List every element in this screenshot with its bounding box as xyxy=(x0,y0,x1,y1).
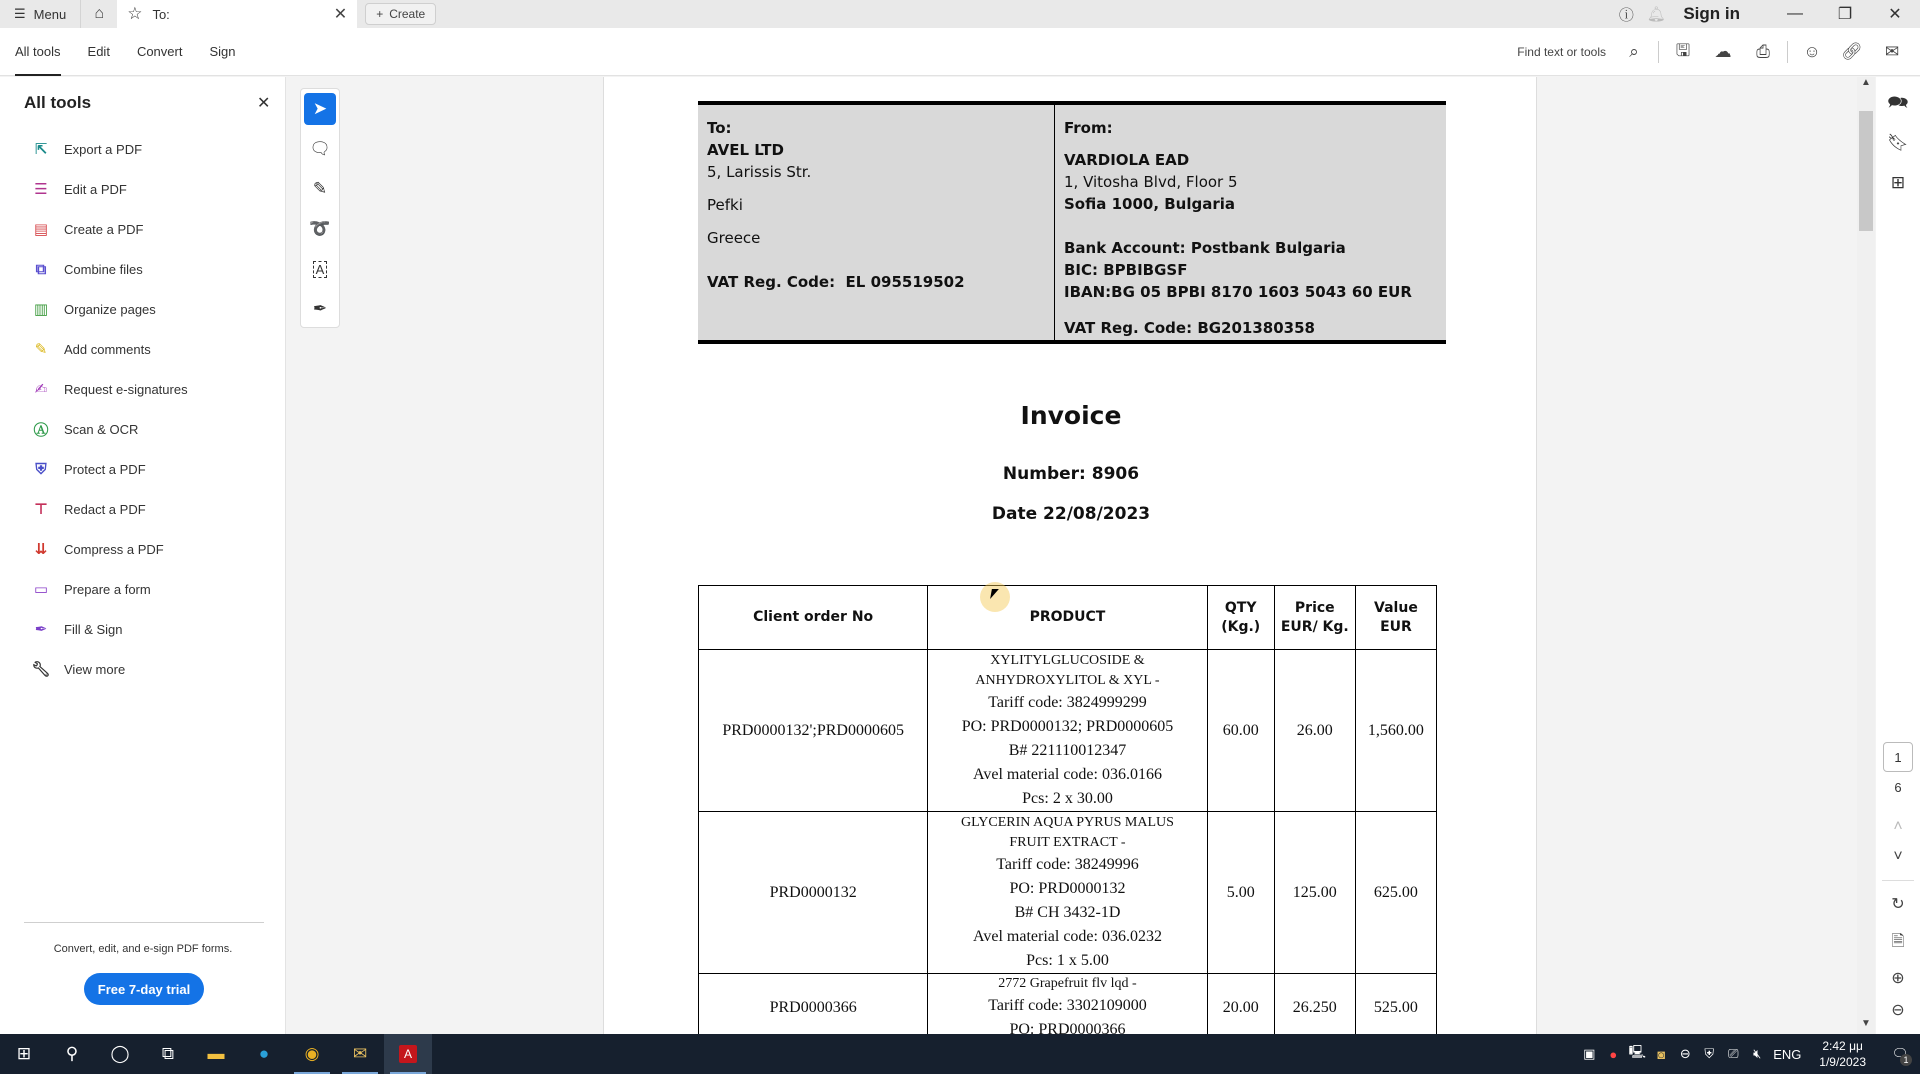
sidebar-item-organize-pages[interactable]: ▥Organize pages xyxy=(32,289,188,329)
clock[interactable]: 2:42 μμ 1/9/2023 xyxy=(1819,1038,1866,1070)
sidebar-item-label: Edit a PDF xyxy=(64,182,127,197)
column-header: Client order No xyxy=(699,586,928,650)
to-vat-code: EL 095519502 xyxy=(846,273,965,291)
thumbnails-grid-icon[interactable]: ⊞ xyxy=(1876,163,1920,203)
sidebar-item-label: Scan & OCR xyxy=(64,422,138,437)
from-vat: VAT Reg. Code: BG201380358 xyxy=(1064,317,1444,339)
to-street: 5, Larissis Str. xyxy=(707,161,1047,183)
home-button[interactable]: ⌂ xyxy=(81,0,117,28)
product-line: Pcs: 1 x 5.00 xyxy=(930,949,1204,973)
sidebar-item-redact-a-pdf[interactable]: ⊤Redact a PDF xyxy=(32,489,188,529)
tray-volume-muted-icon[interactable]: 🔇︎ xyxy=(1745,1046,1769,1062)
restore-button[interactable]: ❐ xyxy=(1820,4,1870,24)
chrome-app[interactable]: ◉ xyxy=(288,1034,336,1074)
select-tool-button[interactable]: ➤ xyxy=(304,93,336,125)
cortana-button[interactable]: ◯ xyxy=(96,1034,144,1074)
sidebar-item-label: Redact a PDF xyxy=(64,502,146,517)
product-line: B# 221110012347 xyxy=(930,739,1204,763)
quick-tools-rail: ➤ 🗨︎ ✎ ➰ A ✒ xyxy=(300,88,340,328)
notification-bell-icon[interactable]: 🔔︎ xyxy=(1641,5,1671,23)
column-header: Price EUR/ Kg. xyxy=(1274,586,1355,650)
invoice-items-table: Client order NoPRODUCTQTY (Kg.)Price EUR… xyxy=(698,585,1437,1034)
product-line: GLYCERIN AQUA PYRUS MALUS xyxy=(930,813,1204,833)
from-bic: BIC: BPBIBGSF xyxy=(1064,259,1444,281)
to-company: AVEL LTD xyxy=(707,139,1047,161)
menu-label: Menu xyxy=(34,7,67,22)
sidebar-item-label: Fill & Sign xyxy=(64,622,123,637)
sidebar-item-prepare-a-form[interactable]: ▭Prepare a form xyxy=(32,569,188,609)
sidebar-item-export-a-pdf[interactable]: ⇱Export a PDF xyxy=(32,129,188,169)
next-page-icon[interactable]: ˅ xyxy=(1876,848,1920,866)
tab-all-tools[interactable]: All tools xyxy=(15,28,61,76)
search-taskbar-button[interactable]: ⚲ xyxy=(48,1034,96,1074)
tab-convert[interactable]: Convert xyxy=(137,28,183,76)
text-tool-button[interactable]: A xyxy=(304,253,336,285)
vertical-scrollbar[interactable]: ▲ ▼ xyxy=(1857,77,1875,1034)
pdf-page: To: AVEL LTD 5, Larissis Str. Pefki Gree… xyxy=(603,77,1537,1034)
total-pages: 6 xyxy=(1876,780,1920,795)
cell-value: 1,560.00 xyxy=(1355,650,1436,812)
edge-icon: ● xyxy=(259,1044,269,1064)
divider xyxy=(1787,41,1788,63)
rotate-icon[interactable]: ↻ xyxy=(1876,894,1920,914)
recipient-address: To: AVEL LTD 5, Larissis Str. Pefki Gree… xyxy=(707,117,1047,293)
notification-count: 1 xyxy=(1900,1054,1912,1066)
invoice-title: Invoice xyxy=(604,401,1538,430)
fit-page-icon[interactable]: 🗎 xyxy=(1876,930,1920,957)
windows-logo-icon: ⊞ xyxy=(17,1044,31,1064)
notification-center-icon[interactable]: 🗨︎1 xyxy=(1880,1046,1920,1062)
start-button[interactable]: ⊞ xyxy=(0,1034,48,1074)
protect-pdf-icon: ⛨ xyxy=(32,460,50,478)
cell-value: 625.00 xyxy=(1355,812,1436,974)
share-user-icon[interactable]: ☺ xyxy=(1792,42,1832,62)
sidebar-item-request-e-signatures[interactable]: ✍Request e-signatures xyxy=(32,369,188,409)
cell-value: 525.00 xyxy=(1355,974,1436,1035)
document-tab[interactable]: ☆ To: ✕ xyxy=(117,0,357,28)
language-indicator[interactable]: ENG xyxy=(1769,1047,1805,1062)
to-country: Greece xyxy=(707,227,1047,249)
invoice-date: Date 22/08/2023 xyxy=(604,504,1538,524)
view-more-icon: 🔧︎ xyxy=(32,660,50,678)
plus-icon: + xyxy=(376,7,383,21)
email-icon[interactable]: ✉ xyxy=(1872,42,1912,62)
zoom-out-icon[interactable]: ⊖ xyxy=(1876,1000,1920,1020)
redact-pdf-icon: ⊤ xyxy=(32,500,50,518)
sign-tool-button[interactable]: ✒ xyxy=(304,293,336,325)
cursor-arrow-icon: ➤ xyxy=(313,99,327,119)
menu-button[interactable]: ☰ Menu xyxy=(0,0,81,28)
cell-product: XYLITYLGLUCOSIDE &ANHYDROXYLITOL & XYL -… xyxy=(928,650,1207,812)
create-pdf-icon: ▤ xyxy=(32,220,50,238)
product-line: B# CH 3432-1D xyxy=(930,901,1204,925)
column-header: PRODUCT xyxy=(928,586,1207,650)
sidebar-item-combine-files[interactable]: ⧉Combine files xyxy=(32,249,188,289)
outlook-app[interactable]: ✉ xyxy=(336,1034,384,1074)
acrobat-app[interactable]: A xyxy=(384,1034,432,1074)
clock-time: 2:42 μμ xyxy=(1819,1038,1866,1054)
home-icon: ⌂ xyxy=(94,5,104,23)
product-line: FRUIT EXTRACT - xyxy=(930,833,1204,853)
compress-pdf-icon: ⇊ xyxy=(32,540,50,558)
sidebar-item-view-more[interactable]: 🔧︎View more xyxy=(32,649,188,689)
product-line: Tariff code: 3302109000 xyxy=(930,994,1204,1018)
bookmarks-icon[interactable]: 🔖︎ xyxy=(1876,123,1920,163)
product-line: ANHYDROXYLITOL & XYL - xyxy=(930,671,1204,691)
tab-edit[interactable]: Edit xyxy=(88,28,110,76)
clock-date: 1/9/2023 xyxy=(1819,1054,1866,1070)
tray-security-shield-icon[interactable]: ⛨ xyxy=(1697,1046,1721,1062)
product-line: PO: PRD0000132 xyxy=(930,877,1204,901)
column-header: QTY (Kg.) xyxy=(1207,586,1274,650)
sender-address: From: VARDIOLA EAD 1, Vitosha Blvd, Floo… xyxy=(1064,117,1444,339)
signature-pen-icon: ✒ xyxy=(313,299,327,319)
invoice-number: Number: 8906 xyxy=(604,464,1538,484)
draw-tool-button[interactable]: ➰ xyxy=(304,213,336,245)
divider xyxy=(1882,880,1914,881)
to-label: To: xyxy=(707,117,1047,139)
sidebar-item-label: Organize pages xyxy=(64,302,156,317)
fill-sign-icon: ✒ xyxy=(32,620,50,638)
tray-outlook-icon[interactable]: ◙ xyxy=(1649,1047,1673,1062)
search-icon: ⚲ xyxy=(66,1044,78,1064)
sidebar-item-label: View more xyxy=(64,662,125,677)
sidebar-item-add-comments[interactable]: ✎Add comments xyxy=(32,329,188,369)
table-row: PRD0000132GLYCERIN AQUA PYRUS MALUSFRUIT… xyxy=(699,812,1437,974)
address-block: To: AVEL LTD 5, Larissis Str. Pefki Gree… xyxy=(698,101,1446,344)
star-icon[interactable]: ☆ xyxy=(127,4,142,24)
divider xyxy=(24,922,264,923)
product-line: PO: PRD0000132; PRD0000605 xyxy=(930,715,1204,739)
cell-price: 125.00 xyxy=(1274,812,1355,974)
cell-order: PRD0000366 xyxy=(699,974,928,1035)
mail-folder-icon: ✉ xyxy=(353,1044,367,1064)
sidebar-item-fill-sign[interactable]: ✒Fill & Sign xyxy=(32,609,188,649)
scroll-up-icon[interactable]: ▲ xyxy=(1857,77,1875,93)
comments-panel-icon[interactable]: 🗪 xyxy=(1876,83,1920,123)
close-panel-icon[interactable]: ✕ xyxy=(257,93,270,113)
tray-network-icon[interactable]: ⎚ xyxy=(1721,1046,1745,1062)
product-line: 2772 Grapefruit flv lqd - xyxy=(930,974,1204,994)
prepare-form-icon: ▭ xyxy=(32,580,50,598)
hamburger-icon: ☰ xyxy=(14,6,26,22)
from-street: 1, Vitosha Blvd, Floor 5 xyxy=(1064,171,1444,193)
sidebar-item-label: Request e-signatures xyxy=(64,382,188,397)
free-trial-button[interactable]: Free 7-day trial xyxy=(84,973,204,1005)
cell-product: GLYCERIN AQUA PYRUS MALUSFRUIT EXTRACT -… xyxy=(928,812,1207,974)
lasso-icon: ➰ xyxy=(309,219,330,239)
combine-files-icon: ⧉ xyxy=(32,260,50,278)
sidebar-item-label: Add comments xyxy=(64,342,151,357)
table-row: PRD0000132';PRD0000605XYLITYLGLUCOSIDE &… xyxy=(699,650,1437,812)
scroll-down-icon[interactable]: ▼ xyxy=(1857,1018,1875,1034)
link-icon[interactable]: 🔗︎ xyxy=(1832,42,1872,62)
tray-network-pc-icon[interactable]: 🖳 xyxy=(1625,1043,1649,1065)
from-label: From: xyxy=(1064,117,1444,139)
windows-taskbar: ⊞ ⚲ ◯ ⧉ ▬ ● ◉ ✉ A ▣ ● 🖳 ◙ ⊖ ⛨ ⎚ 🔇︎ ENG 2… xyxy=(0,1034,1920,1074)
sidebar-item-label: Export a PDF xyxy=(64,142,142,157)
scan-ocr-icon: Ⓐ xyxy=(32,420,50,438)
cell-price: 26.250 xyxy=(1274,974,1355,1035)
from-bank: Bank Account: Postbank Bulgaria xyxy=(1064,237,1444,259)
search-icon[interactable]: ⌕ xyxy=(1614,42,1654,62)
cell-price: 26.00 xyxy=(1274,650,1355,812)
edit-pdf-icon: ☰ xyxy=(32,180,50,198)
right-rail: 🗪 🔖︎ ⊞ xyxy=(1876,77,1920,1034)
close-window-button[interactable]: ✕ xyxy=(1870,4,1920,24)
cell-qty: 60.00 xyxy=(1207,650,1274,812)
highlight-tool-button[interactable]: ✎ xyxy=(304,173,336,205)
product-line: XYLITYLGLUCOSIDE & xyxy=(930,651,1204,671)
tools-list: ⇱Export a PDF☰Edit a PDF▤Create a PDF⧉Co… xyxy=(32,129,188,689)
find-text-label[interactable]: Find text or tools xyxy=(1517,45,1606,59)
save-icon[interactable]: 🖫 xyxy=(1663,38,1703,67)
minimize-button[interactable]: — xyxy=(1770,5,1820,23)
organize-pages-icon: ▥ xyxy=(32,300,50,318)
tab-title: To: xyxy=(152,7,169,22)
product-line: Avel material code: 036.0232 xyxy=(930,925,1204,949)
sidebar-item-compress-a-pdf[interactable]: ⇊Compress a PDF xyxy=(32,529,188,569)
product-line: PO: PRD0000366 xyxy=(930,1018,1204,1034)
from-company: VARDIOLA EAD xyxy=(1064,149,1444,171)
edge-app[interactable]: ● xyxy=(240,1034,288,1074)
from-city: Sofia 1000, Bulgaria xyxy=(1064,193,1444,215)
add-comment-tool-button[interactable]: 🗨︎ xyxy=(304,133,336,165)
cell-order: PRD0000132';PRD0000605 xyxy=(699,650,928,812)
cell-product: 2772 Grapefruit flv lqd -Tariff code: 33… xyxy=(928,974,1207,1035)
column-header: Value EUR xyxy=(1355,586,1436,650)
comment-plus-icon: 🗨︎ xyxy=(309,139,331,159)
chrome-icon: ◉ xyxy=(305,1044,320,1064)
cell-qty: 20.00 xyxy=(1207,974,1274,1035)
sign-in-button[interactable]: Sign in xyxy=(1683,4,1740,24)
tray-app-icon[interactable]: ▣ xyxy=(1577,1046,1601,1062)
sidebar-item-edit-a-pdf[interactable]: ☰Edit a PDF xyxy=(32,169,188,209)
document-viewer: To: AVEL LTD 5, Larissis Str. Pefki Gree… xyxy=(287,77,1857,1034)
title-bar: ☰ Menu ⌂ ☆ To: ✕ + Create ⓘ 🔔︎ Sign in —… xyxy=(0,0,1920,28)
pencil-icon: ✎ xyxy=(313,179,327,199)
divider xyxy=(1658,41,1659,63)
to-vat-label: VAT Reg. Code: xyxy=(707,273,835,291)
task-view-button[interactable]: ⧉ xyxy=(144,1034,192,1074)
print-icon[interactable]: ⎙ xyxy=(1743,42,1783,62)
sidebar-item-protect-a-pdf[interactable]: ⛨Protect a PDF xyxy=(32,449,188,489)
promo-text: Convert, edit, and e-sign PDF forms. xyxy=(0,943,286,955)
all-tools-panel: All tools ✕ ⇱Export a PDF☰Edit a PDF▤Cre… xyxy=(0,77,286,1034)
tray-record-icon[interactable]: ● xyxy=(1601,1047,1625,1062)
system-tray: ▣ ● 🖳 ◙ ⊖ ⛨ ⎚ 🔇︎ ENG 2:42 μμ 1/9/2023 🗨︎… xyxy=(1577,1034,1920,1074)
product-line: Tariff code: 38249996 xyxy=(930,853,1204,877)
from-iban: IBAN:BG 05 BPBI 8170 1603 5043 60 EUR xyxy=(1064,281,1444,303)
zoom-in-icon[interactable]: ⊕ xyxy=(1876,968,1920,988)
sidebar-item-scan-ocr[interactable]: ⒶScan & OCR xyxy=(32,409,188,449)
previous-page-icon[interactable]: ˄ xyxy=(1876,818,1920,836)
upload-cloud-icon[interactable]: ☁ xyxy=(1703,42,1743,62)
sidebar-item-label: Prepare a form xyxy=(64,582,151,597)
export-pdf-icon: ⇱ xyxy=(32,140,50,158)
product-line: Pcs: 2 x 30.00 xyxy=(930,787,1204,811)
table-row: PRD00003662772 Grapefruit flv lqd -Tarif… xyxy=(699,974,1437,1035)
product-line: Tariff code: 3824999299 xyxy=(930,691,1204,715)
sidebar-item-label: Compress a PDF xyxy=(64,542,164,557)
sidebar-item-label: Create a PDF xyxy=(64,222,143,237)
tab-sign[interactable]: Sign xyxy=(209,28,235,76)
cell-qty: 5.00 xyxy=(1207,812,1274,974)
create-label: Create xyxy=(389,7,425,21)
current-page-input[interactable]: 1 xyxy=(1883,742,1913,772)
acrobat-icon: A xyxy=(399,1045,417,1063)
add-comments-icon: ✎ xyxy=(32,340,50,358)
sidebar-item-create-a-pdf[interactable]: ▤Create a PDF xyxy=(32,209,188,249)
sidebar-item-label: Combine files xyxy=(64,262,143,277)
create-button[interactable]: + Create xyxy=(365,3,436,25)
request-esignatures-icon: ✍ xyxy=(32,380,50,398)
help-icon[interactable]: ⓘ xyxy=(1611,4,1641,25)
to-city: Pefki xyxy=(707,194,1047,216)
close-tab-icon[interactable]: ✕ xyxy=(334,4,347,24)
folder-icon: ▬ xyxy=(208,1044,225,1064)
tray-vpn-icon[interactable]: ⊖ xyxy=(1673,1046,1697,1062)
panel-title: All tools xyxy=(24,93,91,113)
task-view-icon: ⧉ xyxy=(162,1044,174,1064)
product-line: Avel material code: 036.0166 xyxy=(930,763,1204,787)
cell-order: PRD0000132 xyxy=(699,812,928,974)
file-explorer-app[interactable]: ▬ xyxy=(192,1034,240,1074)
cortana-circle-icon: ◯ xyxy=(110,1044,129,1064)
menu-bar: All tools Edit Convert Sign Find text or… xyxy=(0,28,1920,76)
text-box-icon: A xyxy=(313,261,328,278)
scroll-thumb[interactable] xyxy=(1859,111,1873,231)
sidebar-item-label: Protect a PDF xyxy=(64,462,146,477)
mouse-cursor xyxy=(980,582,1010,612)
